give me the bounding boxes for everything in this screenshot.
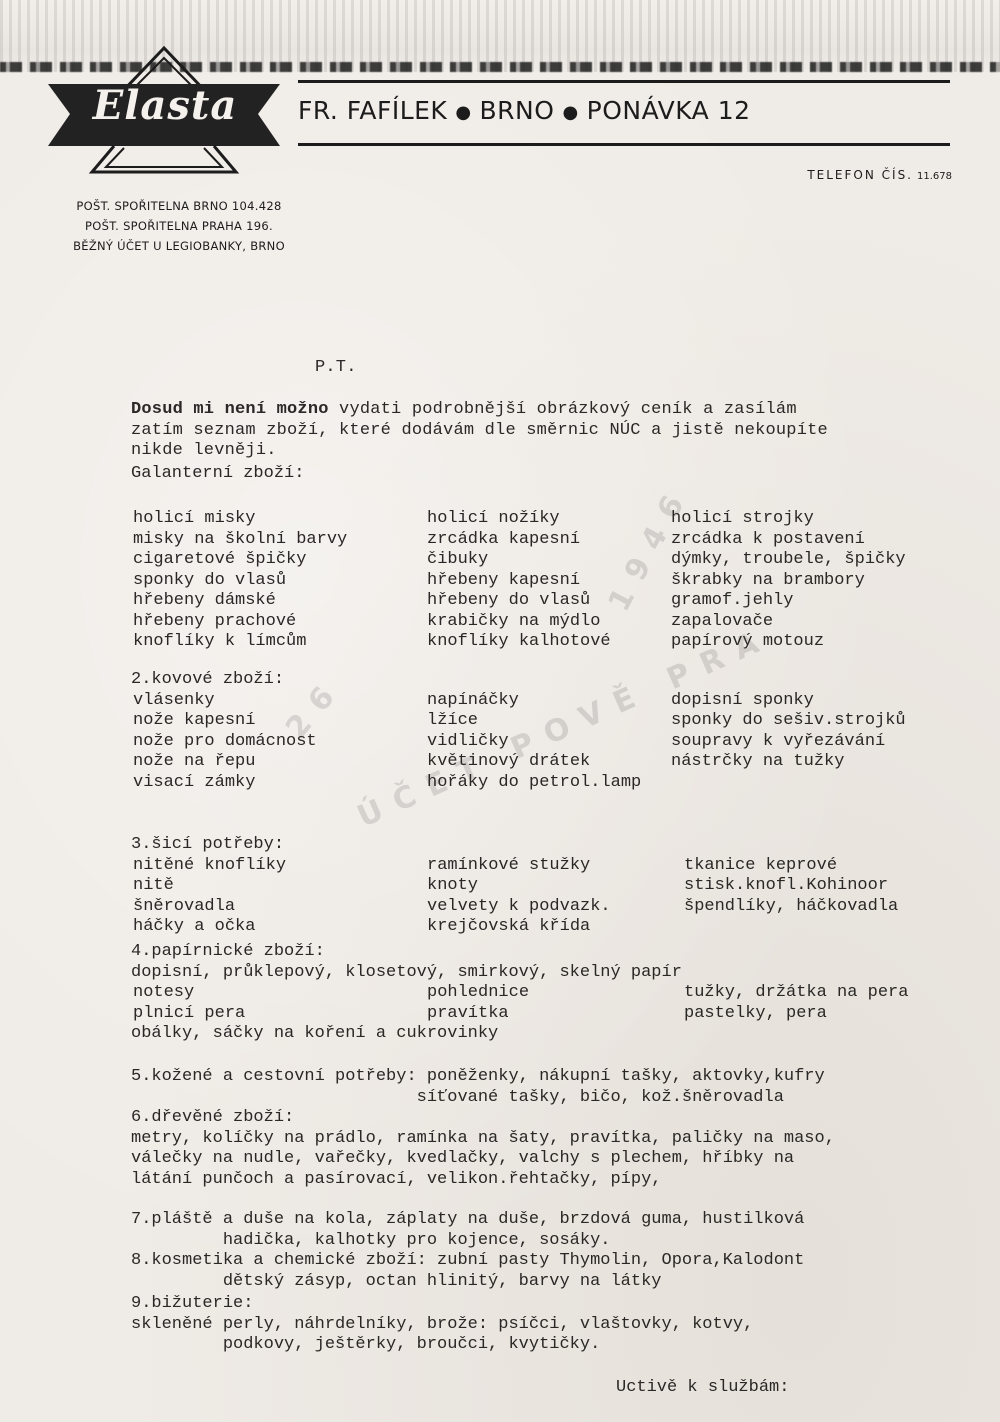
list-item: nitě bbox=[133, 876, 286, 897]
company-name: FR. FAFÍLEK bbox=[298, 96, 447, 125]
list-item: notesy bbox=[133, 983, 245, 1004]
list-item: stisk.knofl.Kohinoor bbox=[684, 876, 898, 897]
list-item: visací zámky bbox=[133, 773, 317, 794]
intro-rest: vydati podrobnější obrázkový ceník a zas… bbox=[329, 400, 797, 419]
phone-label: TELEFON ČÍS. bbox=[807, 168, 913, 182]
list-item: šněrovadla bbox=[133, 897, 286, 918]
list-item: zrcádka kapesní bbox=[427, 530, 611, 551]
salutation: P.T. bbox=[315, 358, 357, 379]
header-rule-bottom bbox=[298, 143, 950, 146]
list-item: vidličky bbox=[427, 732, 641, 753]
list-item: gramof.jehly bbox=[671, 591, 906, 612]
intro-line: zatím seznam zboží, které dodávám dle sm… bbox=[131, 421, 828, 440]
item-column: tkanice keprovéstisk.knofl.Kohinooršpend… bbox=[684, 856, 898, 918]
item-column: ramínkové stužkyknotyvelvety k podvazk.k… bbox=[427, 856, 611, 938]
list-item: nitěné knoflíky bbox=[133, 856, 286, 877]
section-heading: 4.papírnické zboží: bbox=[131, 942, 325, 961]
item-column: vlásenkynože kapesnínože pro domácnostno… bbox=[133, 691, 317, 794]
list-item: nože pro domácnost bbox=[133, 732, 317, 753]
list-item: krejčovská křída bbox=[427, 917, 611, 938]
list-item: květinový drátek bbox=[427, 752, 641, 773]
list-item: tkanice keprové bbox=[684, 856, 898, 877]
list-item: dýmky, troubele, špičky bbox=[671, 550, 906, 571]
list-item: napínáčky bbox=[427, 691, 641, 712]
paragraph-kozene: 5.kožené a cestovní potřeby: poněženky, … bbox=[131, 1067, 825, 1108]
signoff: Uctivě k službám: bbox=[616, 1378, 789, 1397]
item-column: pohlednicepravítka bbox=[427, 983, 529, 1024]
list-item: špendlíky, háčkovadla bbox=[684, 897, 898, 918]
phone-number: 11.678 bbox=[917, 171, 952, 182]
list-item: vlásenky bbox=[133, 691, 317, 712]
item-column: notesyplnicí pera bbox=[133, 983, 245, 1024]
company-line: FR. FAFÍLEK●BRNO●PONÁVKA 12 bbox=[298, 96, 953, 125]
list-item: lžíce bbox=[427, 711, 641, 732]
list-item: papírový motouz bbox=[671, 632, 906, 653]
list-item: zrcádka k postavení bbox=[671, 530, 906, 551]
list-item: knoflíky kalhotové bbox=[427, 632, 611, 653]
list-item: krabičky na mýdlo bbox=[427, 612, 611, 633]
intro-bold: Dosud mi není možno bbox=[131, 400, 329, 419]
list-item: zapalovače bbox=[671, 612, 906, 633]
list-item: hořáky do petrol.lamp bbox=[427, 773, 641, 794]
company-city: BRNO bbox=[480, 96, 555, 125]
list-item: sponky do vlasů bbox=[133, 571, 347, 592]
section-heading: 3.šicí potřeby: bbox=[131, 835, 284, 854]
paragraph-plaste: 7.pláště a duše na kola, záplaty na duše… bbox=[131, 1210, 804, 1251]
list-item: čibuky bbox=[427, 550, 611, 571]
paragraph-kosmetika: 8.kosmetika a chemické zboží: zubní past… bbox=[131, 1251, 804, 1292]
list-item: pastelky, pera bbox=[684, 1004, 908, 1025]
list-item: hřebeny prachové bbox=[133, 612, 347, 633]
list-item: soupravy k vyřezávání bbox=[671, 732, 906, 753]
paragraph-drevene: 6.dřevěné zboží: metry, kolíčky na prádl… bbox=[131, 1108, 835, 1190]
list-item: háčky a očka bbox=[133, 917, 286, 938]
list-item: holicí nožíky bbox=[427, 509, 611, 530]
list-item: hřebeny dámské bbox=[133, 591, 347, 612]
bank-line: POŠT. SPOŘITELNA PRAHA 196. bbox=[44, 216, 314, 236]
item-column: holicí miskymisky na školní barvycigaret… bbox=[133, 509, 347, 653]
list-item: plnicí pera bbox=[133, 1004, 245, 1025]
list-item: knoflíky k límcům bbox=[133, 632, 347, 653]
list-item: pravítka bbox=[427, 1004, 529, 1025]
bank-details: POŠT. SPOŘITELNA BRNO 104.428 POŠT. SPOŘ… bbox=[44, 196, 314, 256]
logo-wordmark: Elasta bbox=[80, 82, 250, 129]
list-item: nástrčky na tužky bbox=[671, 752, 906, 773]
section-heading: Galanterní zboží: bbox=[131, 464, 304, 483]
list-item: pohlednice bbox=[427, 983, 529, 1004]
bank-line: BĚŽNÝ ÚČET U LEGIOBANKY, BRNO bbox=[44, 236, 314, 256]
item-column: napínáčkylžícevidličkykvětinový drátekho… bbox=[427, 691, 641, 794]
list-item: hřebeny do vlasů bbox=[427, 591, 611, 612]
list-item: nože na řepu bbox=[133, 752, 317, 773]
section-line: obálky, sáčky na koření a cukrovinky bbox=[131, 1024, 498, 1043]
list-item: knoty bbox=[427, 876, 611, 897]
list-item: cigaretové špičky bbox=[133, 550, 347, 571]
item-column: holicí strojkyzrcádka k postavenídýmky, … bbox=[671, 509, 906, 653]
item-column: dopisní sponkysponky do sešiv.strojkůsou… bbox=[671, 691, 906, 773]
header-rule-top bbox=[298, 80, 950, 83]
bank-line: POŠT. SPOŘITELNA BRNO 104.428 bbox=[44, 196, 314, 216]
list-item: ramínkové stužky bbox=[427, 856, 611, 877]
item-column: holicí nožíkyzrcádka kapesníčibukyhřeben… bbox=[427, 509, 611, 653]
list-item: dopisní sponky bbox=[671, 691, 906, 712]
list-item: škrabky na brambory bbox=[671, 571, 906, 592]
intro-line: nikde levněji. bbox=[131, 441, 277, 460]
list-item: hřebeny kapesní bbox=[427, 571, 611, 592]
list-item: velvety k podvazk. bbox=[427, 897, 611, 918]
bullet-separator: ● bbox=[455, 102, 471, 123]
list-item: tužky, držátka na pera bbox=[684, 983, 908, 1004]
section-line: dopisní, průklepový, klosetový, smirkový… bbox=[131, 963, 682, 982]
item-column: nitěné knoflíkynitěšněrovadlaháčky a očk… bbox=[133, 856, 286, 938]
list-item: holicí strojky bbox=[671, 509, 906, 530]
list-item: misky na školní barvy bbox=[133, 530, 347, 551]
phone-line: TELEFON ČÍS.11.678 bbox=[807, 168, 952, 182]
company-address: PONÁVKA 12 bbox=[587, 96, 751, 125]
paragraph-bizuterie: 9.bižuterie: skleněné perly, náhrdelníky… bbox=[131, 1294, 753, 1356]
list-item: nože kapesní bbox=[133, 711, 317, 732]
intro-paragraph: Dosud mi není možno vydati podrobnější o… bbox=[131, 400, 828, 462]
section-heading: 2.kovové zboží: bbox=[131, 670, 284, 689]
item-column: tužky, držátka na perapastelky, pera bbox=[684, 983, 908, 1024]
list-item: sponky do sešiv.strojků bbox=[671, 711, 906, 732]
list-item: holicí misky bbox=[133, 509, 347, 530]
bullet-separator: ● bbox=[562, 102, 578, 123]
